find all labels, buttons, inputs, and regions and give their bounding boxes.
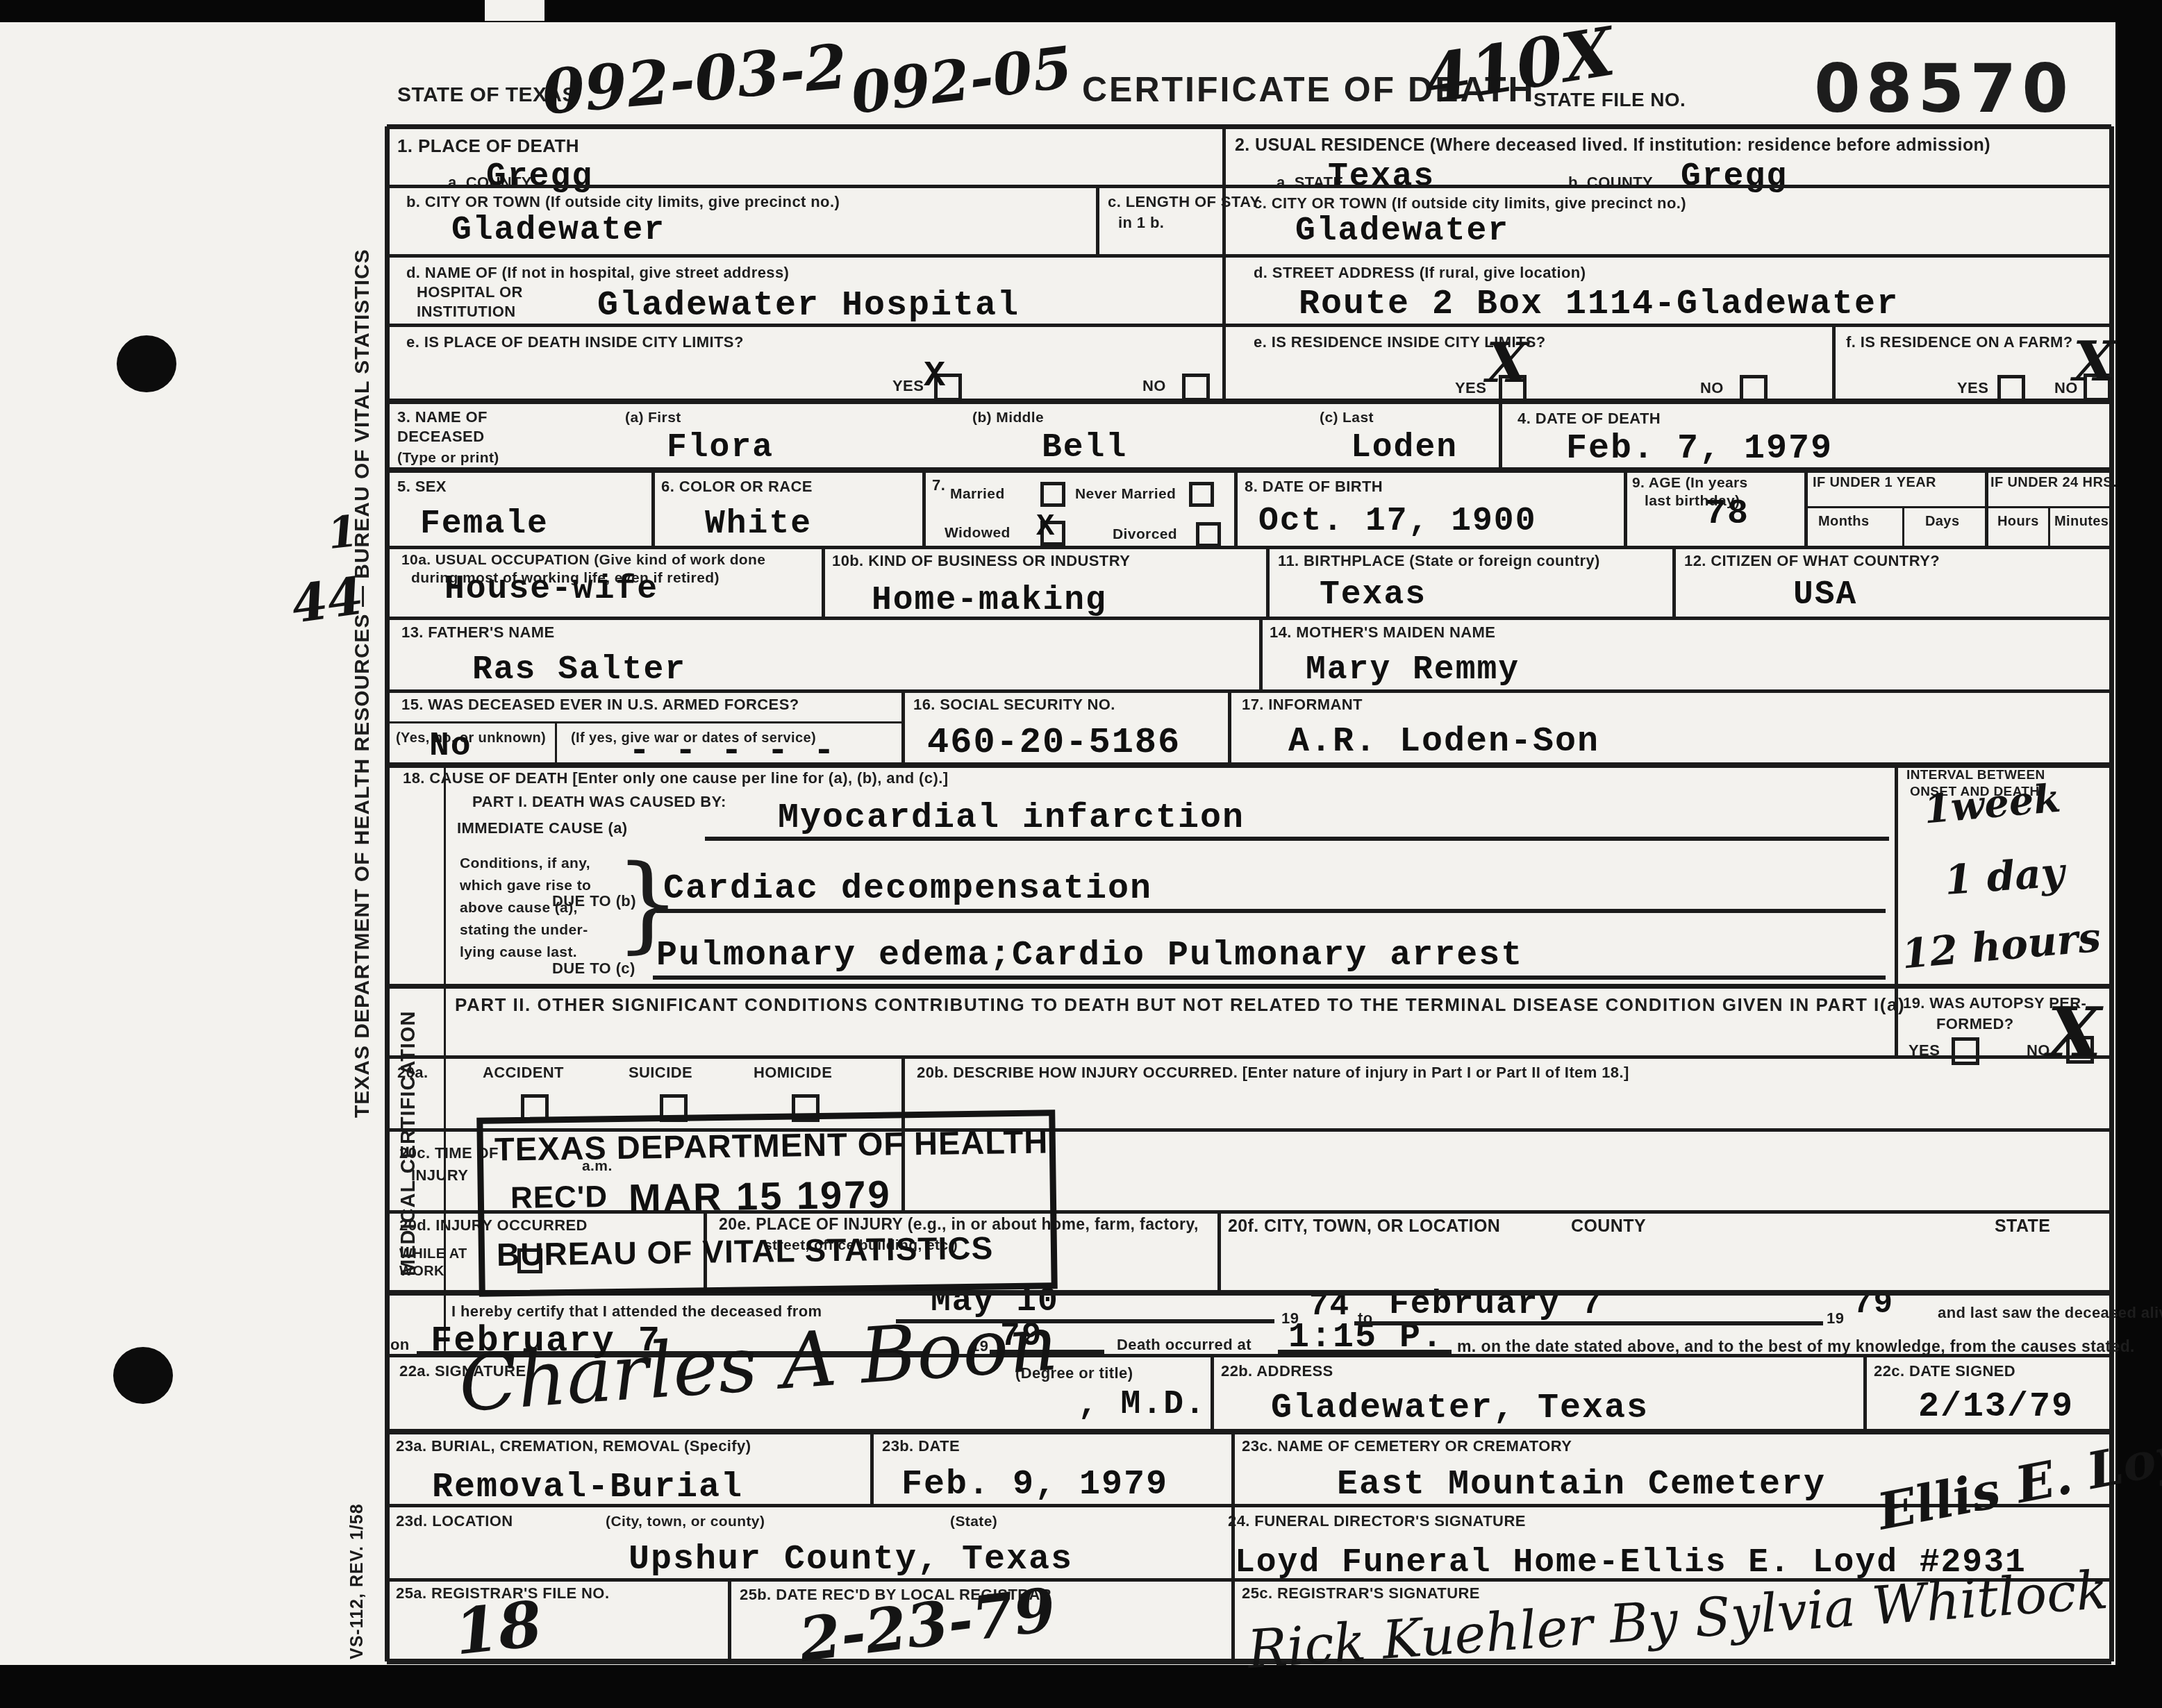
margin-note-44: 44 [288, 566, 367, 635]
autopsy-no-mark: X [2047, 991, 2102, 1073]
stamp-date: MAR 15 1979 [629, 1171, 892, 1220]
interval-b-value: 1 day [1943, 848, 2066, 904]
death-certificate-scan: TEXAS DEPARTMENT OF HEALTH RESOURCES — B… [0, 0, 2162, 1708]
stamp-line-3: BUREAU OF VITAL STATISTICS [497, 1229, 994, 1273]
margin-note-1: 1 [325, 505, 360, 559]
farm-no-mark: X [2073, 330, 2115, 394]
occupation-value: House-wife [444, 571, 658, 608]
form-grid [0, 0, 2162, 1708]
res-limits-yes-mark: X [1486, 332, 1529, 395]
registrar-file-value: 18 [451, 1587, 546, 1670]
stamp-line-1: TEXAS DEPARTMENT OF HEALTH [494, 1122, 1049, 1168]
pod-limits-yes-mark: X [924, 355, 947, 396]
medical-certification-sidebar-text: MEDICAL CERTIFICATION [397, 978, 420, 1276]
widowed-mark: X [1036, 510, 1056, 544]
stamp-recd-label: REC'D [510, 1180, 608, 1216]
